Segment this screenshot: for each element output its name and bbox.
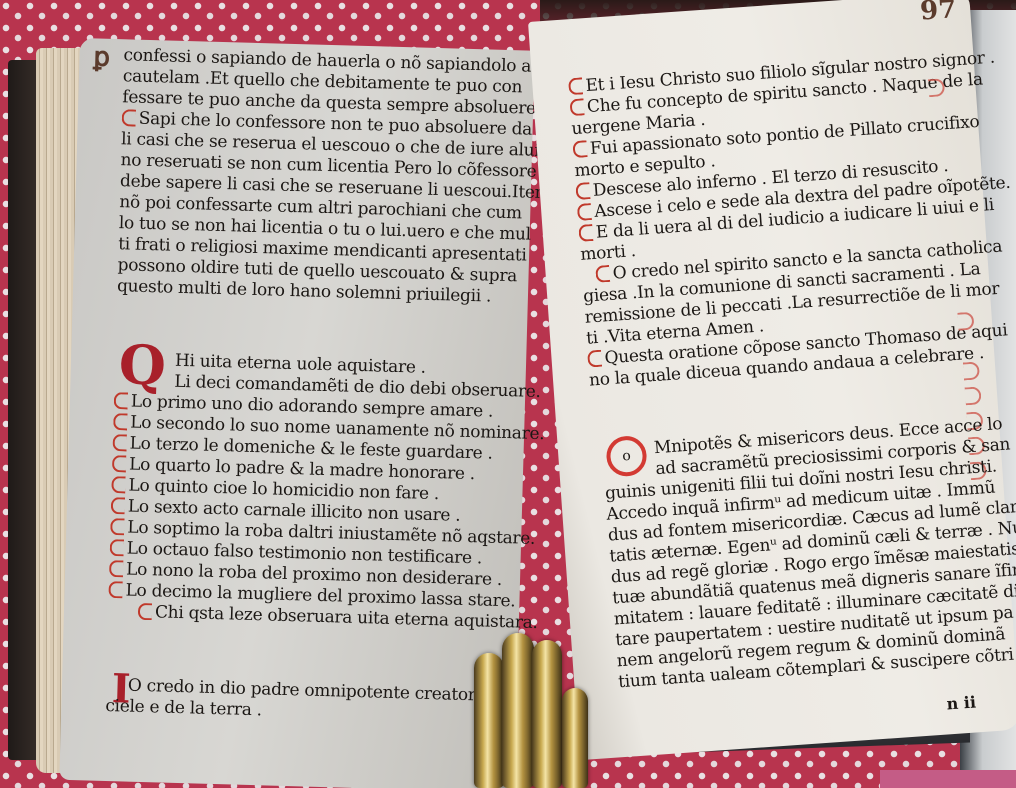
signature-mark: n ii [946,692,977,713]
rubric-pilcrow-icon [109,560,123,577]
rubric-pilcrow-icon [113,413,127,430]
rubric-pilcrow-icon [110,518,124,535]
creed-block: O credo in dio padre omnipotente creator… [105,675,516,728]
rubric-pilcrow-icon [578,224,593,242]
folio-number: 97 [919,0,957,27]
rubric-pilcrow-icon [587,350,602,368]
rubric-pilcrow-icon [122,109,136,126]
rubric-pilcrow-icon [575,182,590,200]
rubric-pilcrow-icon [112,455,126,472]
rubric-pilcrow-icon [114,392,128,409]
rubric-pilcrow-icon [572,140,587,158]
rubric-pilcrow-icon [111,476,125,493]
rubric-pilcrow-icon [577,203,592,221]
rubric-pilcrow-icon [568,77,583,95]
brass-finger [562,688,588,788]
rubric-pilcrow-icon [112,434,126,451]
brass-finger [502,633,534,788]
pink-border-strip [880,770,1016,788]
rubric-pilcrow-icon [108,581,122,598]
right-page: 97 Et i Iesu Christo suo filiolo sĩgular… [528,0,1016,760]
creed-continuation: Et i Iesu Christo suo filiolo sĩgular no… [568,47,1016,392]
rubric-pilcrow-icon [595,265,610,283]
left-page: ꝑ confessi o sapiando de hauerla o nõ sa… [59,38,535,788]
brass-hand-page-weight [470,628,600,788]
rubric-pilcrow-icon [138,603,152,620]
left-page-prose: confessi o sapiando de hauerla o nõ sapi… [117,45,566,309]
photo-scene: ꝑ confessi o sapiando de hauerla o nõ sa… [0,0,1016,788]
commandments-block: Hi uita eterna uole aquistare . Li deci … [108,349,547,634]
left-folio-mark: ꝑ [93,42,110,72]
margin-bracket-icon [965,386,982,405]
brass-finger [532,640,562,788]
brass-finger [474,653,504,788]
rubric-pilcrow-icon [111,497,125,514]
rubric-pilcrow-icon [110,539,124,556]
prayer-block: Mnipotẽs & misericors deus. Ecce acce lo… [601,413,1016,693]
rubric-pilcrow-icon [569,98,584,116]
